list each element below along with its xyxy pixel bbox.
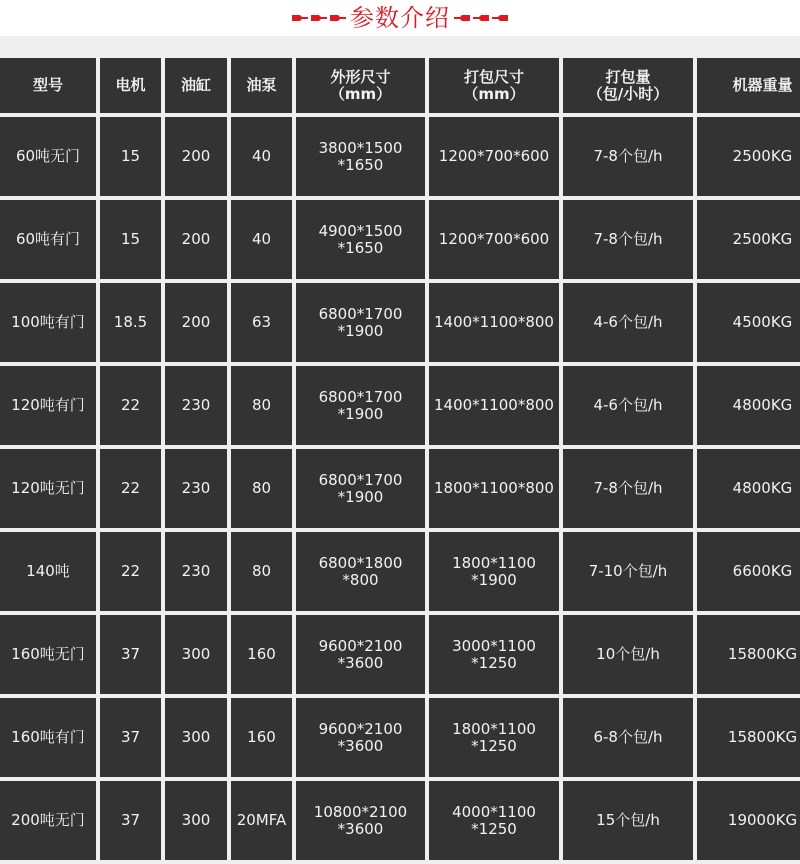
cell-motor: 37 — [100, 698, 161, 777]
cell-weight: 4500KG — [697, 283, 800, 362]
col-header-pump: 油泵 — [231, 58, 292, 113]
cell-output: 10个包/h — [563, 615, 693, 694]
cell-cylinder: 200 — [165, 117, 227, 196]
cell-cylinder: 300 — [165, 698, 227, 777]
cell-bale-size: 1800*1100*1900 — [429, 532, 559, 611]
cell-model: 160吨有门 — [0, 698, 96, 777]
cell-pump: 63 — [231, 283, 292, 362]
table-row: 100吨有门 18.5 200 63 6800*1700*1900 1400*1… — [0, 283, 800, 362]
hand-pointing-right-icon — [311, 14, 327, 22]
cell-bale-size: 1800*1100*800 — [429, 449, 559, 528]
table-row: 160吨有门 37 300 160 9600*2100*3600 1800*11… — [0, 698, 800, 777]
cell-dimensions: 4900*1500*1650 — [296, 200, 425, 279]
section-title: 参数介绍 — [350, 3, 450, 33]
cell-output: 7-8个包/h — [563, 117, 693, 196]
cell-model: 120吨有门 — [0, 366, 96, 445]
cell-motor: 22 — [100, 532, 161, 611]
cell-dimensions: 9600*2100*3600 — [296, 698, 425, 777]
cell-weight: 4800KG — [697, 366, 800, 445]
table-row: 140吨 22 230 80 6800*1800*800 1800*1100*1… — [0, 532, 800, 611]
decor-left — [292, 14, 346, 22]
cell-bale-size: 4000*1100*1250 — [429, 781, 559, 860]
cell-dimensions: 6800*1800*800 — [296, 532, 425, 611]
cell-pump: 40 — [231, 200, 292, 279]
cell-weight: 2500KG — [697, 200, 800, 279]
cell-output: 7-10个包/h — [563, 532, 693, 611]
cell-bale-size: 1200*700*600 — [429, 117, 559, 196]
hand-pointing-left-icon — [454, 14, 470, 22]
cell-weight: 15800KG — [697, 615, 800, 694]
cell-dimensions: 6800*1700*1900 — [296, 366, 425, 445]
cell-model: 60吨有门 — [0, 200, 96, 279]
col-header-model: 型号 — [0, 58, 96, 113]
spec-table-container: 型号 电机 油缸 油泵 外形尺寸（mm） 打包尺寸（mm） 打包量（包/小时） … — [0, 54, 800, 864]
cell-model: 100吨有门 — [0, 283, 96, 362]
cell-motor: 22 — [100, 366, 161, 445]
cell-dimensions: 10800*2100*3600 — [296, 781, 425, 860]
cell-bale-size: 1800*1100*1250 — [429, 698, 559, 777]
cell-model: 200吨无门 — [0, 781, 96, 860]
cell-model: 140吨 — [0, 532, 96, 611]
cell-cylinder: 200 — [165, 283, 227, 362]
cell-cylinder: 200 — [165, 200, 227, 279]
hand-pointing-right-icon — [330, 14, 346, 22]
decor-right — [454, 14, 508, 22]
cell-dimensions: 6800*1700*1900 — [296, 449, 425, 528]
divider-band — [0, 36, 800, 56]
cell-weight: 4800KG — [697, 449, 800, 528]
cell-output: 6-8个包/h — [563, 698, 693, 777]
cell-motor: 37 — [100, 615, 161, 694]
cell-output: 4-6个包/h — [563, 283, 693, 362]
cell-motor: 22 — [100, 449, 161, 528]
cell-dimensions: 9600*2100*3600 — [296, 615, 425, 694]
cell-bale-size: 3000*1100*1250 — [429, 615, 559, 694]
cell-output: 4-6个包/h — [563, 366, 693, 445]
cell-motor: 15 — [100, 117, 161, 196]
cell-output: 7-8个包/h — [563, 200, 693, 279]
col-header-bale-size: 打包尺寸（mm） — [429, 58, 559, 113]
col-header-output: 打包量（包/小时） — [563, 58, 693, 113]
cell-pump: 160 — [231, 698, 292, 777]
cell-bale-size: 1400*1100*800 — [429, 366, 559, 445]
hand-pointing-left-icon — [473, 14, 489, 22]
cell-output: 7-8个包/h — [563, 449, 693, 528]
cell-dimensions: 6800*1700*1900 — [296, 283, 425, 362]
cell-weight: 15800KG — [697, 698, 800, 777]
cell-bale-size: 1200*700*600 — [429, 200, 559, 279]
cell-motor: 15 — [100, 200, 161, 279]
table-row: 200吨无门 37 300 20MFA 10800*2100*3600 4000… — [0, 781, 800, 860]
table-row: 120吨有门 22 230 80 6800*1700*1900 1400*110… — [0, 366, 800, 445]
col-header-motor: 电机 — [100, 58, 161, 113]
section-title-bar: 参数介绍 — [0, 0, 800, 36]
table-row: 160吨无门 37 300 160 9600*2100*3600 3000*11… — [0, 615, 800, 694]
cell-cylinder: 300 — [165, 615, 227, 694]
cell-model: 120吨无门 — [0, 449, 96, 528]
spec-table: 型号 电机 油缸 油泵 外形尺寸（mm） 打包尺寸（mm） 打包量（包/小时） … — [0, 54, 800, 864]
table-header-row: 型号 电机 油缸 油泵 外形尺寸（mm） 打包尺寸（mm） 打包量（包/小时） … — [0, 58, 800, 113]
cell-motor: 37 — [100, 781, 161, 860]
cell-weight: 6600KG — [697, 532, 800, 611]
cell-pump: 80 — [231, 366, 292, 445]
cell-pump: 80 — [231, 449, 292, 528]
cell-pump: 20MFA — [231, 781, 292, 860]
cell-cylinder: 230 — [165, 532, 227, 611]
cell-output: 15个包/h — [563, 781, 693, 860]
col-header-dimensions: 外形尺寸（mm） — [296, 58, 425, 113]
cell-cylinder: 300 — [165, 781, 227, 860]
cell-cylinder: 230 — [165, 449, 227, 528]
cell-weight: 2500KG — [697, 117, 800, 196]
cell-bale-size: 1400*1100*800 — [429, 283, 559, 362]
hand-pointing-right-icon — [292, 14, 308, 22]
hand-pointing-left-icon — [492, 14, 508, 22]
cell-motor: 18.5 — [100, 283, 161, 362]
cell-model: 60吨无门 — [0, 117, 96, 196]
cell-model: 160吨无门 — [0, 615, 96, 694]
cell-pump: 40 — [231, 117, 292, 196]
cell-pump: 80 — [231, 532, 292, 611]
table-row: 120吨无门 22 230 80 6800*1700*1900 1800*110… — [0, 449, 800, 528]
col-header-cylinder: 油缸 — [165, 58, 227, 113]
table-row: 60吨有门 15 200 40 4900*1500*1650 1200*700*… — [0, 200, 800, 279]
cell-weight: 19000KG — [697, 781, 800, 860]
cell-dimensions: 3800*1500*1650 — [296, 117, 425, 196]
cell-pump: 160 — [231, 615, 292, 694]
cell-cylinder: 230 — [165, 366, 227, 445]
col-header-weight: 机器重量 — [697, 58, 800, 113]
table-row: 60吨无门 15 200 40 3800*1500*1650 1200*700*… — [0, 117, 800, 196]
